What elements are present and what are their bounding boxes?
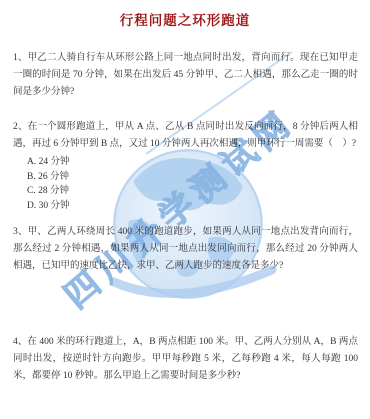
page-title: 行程问题之环形跑道 xyxy=(0,9,370,29)
problem-2-text: 2、在一个圆形跑道上，甲从 A 点、乙从 B 点同时出发反向而行，8 分钟后两人… xyxy=(13,119,358,153)
option-d: D. 30 分钟 xyxy=(27,199,227,214)
problem-3-text: 3、甲、乙两人环绕周长 400 米的跑道跑步，如果两人从同一地点出发背向而行，那… xyxy=(13,224,358,276)
option-c: C. 28 分钟 xyxy=(27,184,227,199)
option-a: A. 24 分钟 xyxy=(27,155,227,170)
problem-4-text: 4、在 400 米的环行跑道上，A，B 两点相距 100 米。甲、乙两人分别从 … xyxy=(13,334,358,386)
problem-1-text: 1、甲乙二人骑自行车从环形公路上同一地点同时出发，背向而行。现在已知甲走一圈的时… xyxy=(13,50,358,102)
document-page: 四川升学测试网 行程问题之环形跑道 1、甲乙二人骑自行车从环形公路上同一地点同时… xyxy=(0,0,370,419)
problem-2-options: A. 24 分钟 B. 26 分钟 C. 28 分钟 D. 30 分钟 xyxy=(27,155,227,213)
option-b: B. 26 分钟 xyxy=(27,170,227,185)
